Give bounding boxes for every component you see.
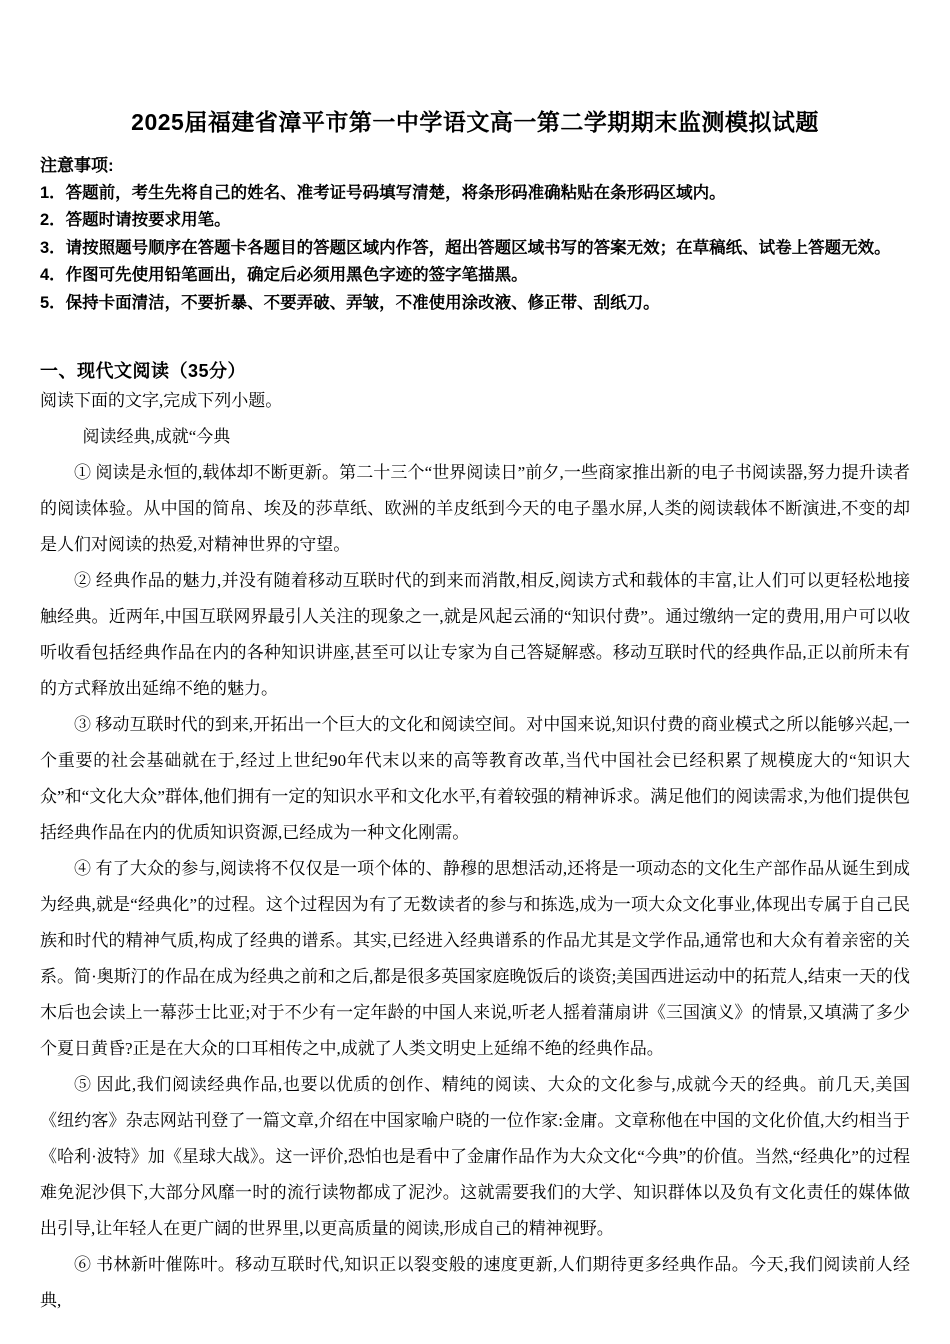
notice-item-5: 5．保持卡面清洁，不要折暴、不要弄破、弄皱，不准使用涂改液、修正带、刮纸刀。 — [40, 290, 910, 318]
passage-title: 阅读经典,成就“今典 — [40, 419, 910, 455]
notice-item-4: 4．作图可先使用铅笔画出，确定后必须用黑色字迹的签字笔描黑。 — [40, 262, 910, 290]
passage-paragraph-1: ① 阅读是永恒的,载体却不断更新。第二十三个“世界阅读日”前夕,一些商家推出新的… — [40, 455, 910, 563]
passage-paragraph-4: ④ 有了大众的参与,阅读将不仅仅是一项个体的、静穆的思想活动,还将是一项动态的文… — [40, 851, 910, 1067]
notice-item-3: 3．请按照题号顺序在答题卡各题目的答题区域内作答，超出答题区域书写的答案无效；在… — [40, 235, 910, 263]
notice-item-2: 2．答题时请按要求用笔。 — [40, 207, 910, 235]
passage-paragraph-2: ② 经典作品的魅力,并没有随着移动互联时代的到来而消散,相反,阅读方式和载体的丰… — [40, 563, 910, 707]
section-heading-modern-reading: 一、现代文阅读（35分） — [40, 357, 910, 383]
passage-paragraph-6: ⑥ 书林新叶催陈叶。移动互联时代,知识正以裂变般的速度更新,人们期待更多经典作品… — [40, 1247, 910, 1319]
reading-passage: 阅读经典,成就“今典 ① 阅读是永恒的,载体却不断更新。第二十三个“世界阅读日”… — [40, 419, 910, 1319]
passage-paragraph-5: ⑤ 因此,我们阅读经典作品,也要以优质的创作、精纯的阅读、大众的文化参与,成就今… — [40, 1067, 910, 1247]
notice-section: 注意事项: 1．答题前，考生先将自己的姓名、准考证号码填写清楚，将条形码准确粘贴… — [40, 152, 910, 317]
passage-paragraph-3: ③ 移动互联时代的到来,开拓出一个巨大的文化和阅读空间。对中国来说,知识付费的商… — [40, 707, 910, 851]
exam-document-page: 2025届福建省漳平市第一中学语文高一第二学期期末监测模拟试题 注意事项: 1．… — [0, 0, 950, 1344]
notice-item-1: 1．答题前，考生先将自己的姓名、准考证号码填写清楚，将条形码准确粘贴在条形码区域… — [40, 180, 910, 208]
section-intro: 阅读下面的文字,完成下列小题。 — [40, 387, 910, 415]
page-title: 2025届福建省漳平市第一中学语文高一第二学期期末监测模拟试题 — [40, 104, 910, 137]
notice-heading: 注意事项: — [40, 152, 910, 180]
